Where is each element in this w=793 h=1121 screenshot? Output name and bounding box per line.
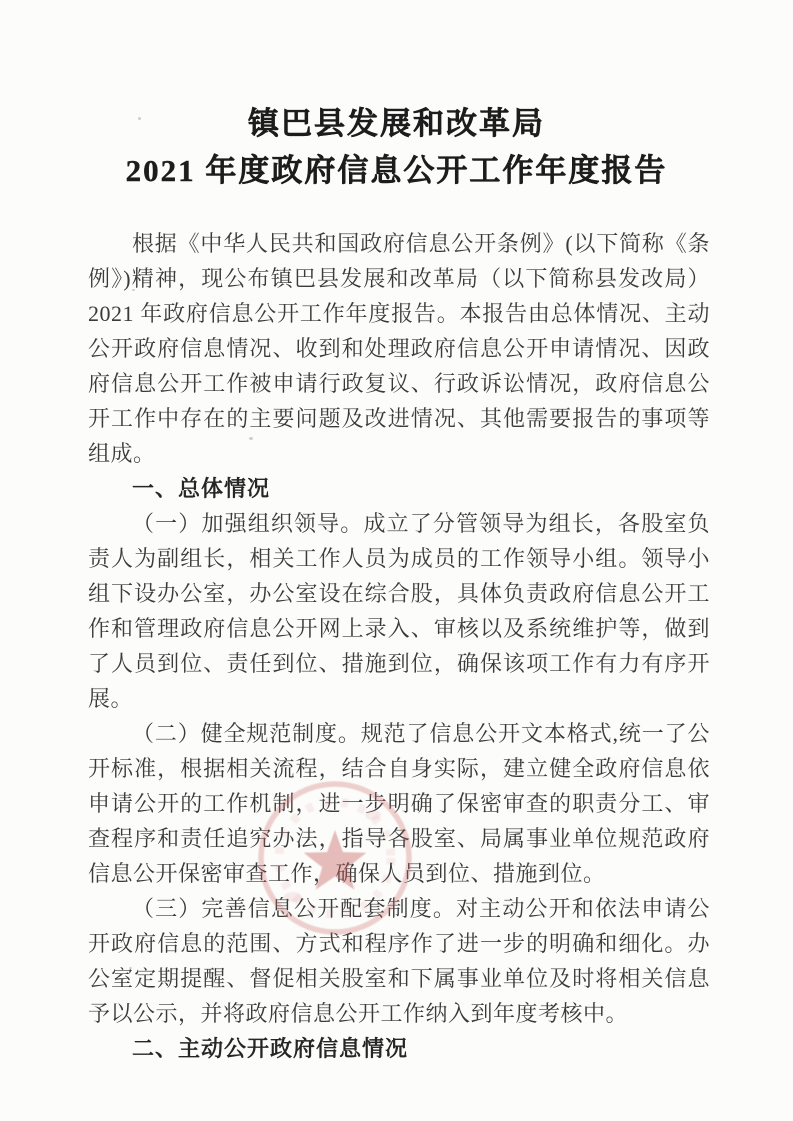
section-heading-overall-situation: 一、总体情况 — [88, 471, 710, 506]
document-body: 根据《中华人民共和国政府信息公开条例》(以下简称《条例》)精神，现公布镇巴县发展… — [88, 226, 710, 1066]
document-page: 镇巴县发展和改革局 2021 年度政府信息公开工作年度报告 根据《中华人民共和国… — [0, 0, 793, 1121]
document-title-line1: 镇巴县发展和改革局 — [0, 100, 793, 147]
scan-speck — [138, 117, 141, 120]
paragraph-strengthen-leadership: （一）加强组织领导。成立了分管领导为组长，各股室负责人为副组长，相关工作人员为成… — [88, 506, 710, 716]
paragraph-intro: 根据《中华人民共和国政府信息公开条例》(以下简称《条例》)精神，现公布镇巴县发展… — [88, 226, 710, 471]
scan-speck — [249, 437, 253, 440]
section-heading-proactive-disclosure: 二、主动公开政府信息情况 — [88, 1031, 710, 1066]
paragraph-improve-supporting-system: （三）完善信息公开配套制度。对主动公开和依法申请公开政府信息的范围、方式和程序作… — [88, 891, 710, 1031]
document-title: 镇巴县发展和改革局 2021 年度政府信息公开工作年度报告 — [0, 100, 793, 194]
scan-speck — [132, 289, 135, 291]
scan-speck — [129, 967, 132, 969]
paragraph-sound-regulations: （二）健全规范制度。规范了信息公开文本格式,统一了公开标准，根据相关流程，结合自… — [88, 716, 710, 891]
document-title-line2: 2021 年度政府信息公开工作年度报告 — [0, 147, 793, 194]
